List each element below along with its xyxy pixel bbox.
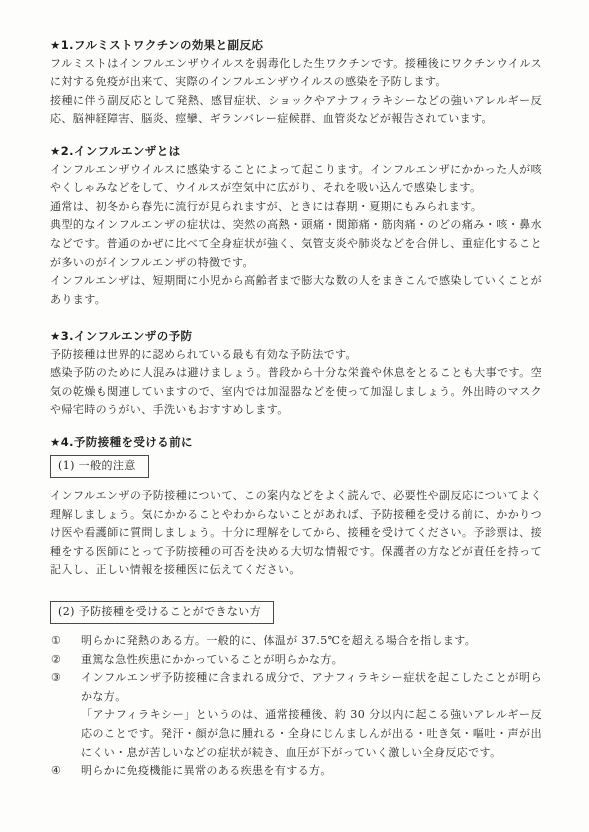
section-1-heading: ★1.フルミストワクチンの効果と副反応 [50,36,542,55]
paragraph: フルミストはインフルエンザウイルスを弱毒化した生ワクチンです。接種後にワクチンウ… [50,55,542,92]
general-notes-body: インフルエンザの予防接種について、この案内などをよく読んで、必要性や副反応につい… [50,487,542,580]
list-item: ③ インフルエンザ予防接種に含まれる成分で、アナフィラキシー症状を起こしたことが… [50,669,542,762]
box-label: (1) 一般的注意 [50,455,149,478]
boxed-subheading-cannot-vaccinate: (2) 予防接種を受けることができない方 [50,601,542,624]
section-3-heading: ★3.インフルエンザの予防 [50,327,542,346]
section-2-heading: ★2.インフルエンザとは [50,142,542,161]
list-item-note: 「アナフィラキシー」というのは、通常接種後、約 30 分以内に起こる強いアレルギ… [81,706,542,762]
contraindication-list: ① 明らかに発熱のある方。一般的に、体温が 37.5℃を超える場合を指します。 … [50,632,542,781]
list-marker: ③ [51,669,61,688]
list-item: ① 明らかに発熱のある方。一般的に、体温が 37.5℃を超える場合を指します。 [50,632,542,651]
list-marker: ① [51,632,61,651]
section-influenza-prevention: ★3.インフルエンザの予防 予防接種は世界的に認められている最も有効な予防法です… [50,327,542,420]
list-marker: ② [51,651,61,670]
list-item-text: 明らかに免疫機能に異常のある疾患を有する方。 [81,764,332,777]
paragraph: 接種に伴う副反応として発熱、感冒症状、ショックやアナフィラキシーなどの強いアレル… [50,92,542,129]
paragraph: 予防接種は世界的に認められている最も有効な予防法です。 [50,346,542,365]
list-item-text: 重篤な急性疾患にかかっていることが明らかな方。 [81,653,343,666]
boxed-subheading-general-notes: (1) 一般的注意 [50,455,542,478]
list-item-text: 明らかに発熱のある方。一般的に、体温が 37.5℃を超える場合を指します。 [81,634,476,647]
paragraph: 典型的なインフルエンザの症状は、突然の高熱・頭痛・関節痛・筋肉痛・のどの痛み・咳… [50,216,542,272]
paragraph: 感染予防のために人混みは避けましょう。普段から十分な栄養や休息をとることも大事で… [50,364,542,420]
paragraph: インフルエンザウイルスに感染することによって起こります。インフルエンザにかかった… [50,161,542,198]
document-page: ★1.フルミストワクチンの効果と副反応 フルミストはインフルエンザウイルスを弱毒… [0,0,589,832]
section-what-is-influenza: ★2.インフルエンザとは インフルエンザウイルスに感染することによって起こります… [50,142,542,309]
paragraph: 通常は、初冬から春先に流行が見られますが、ときには春期・夏期にもみられます。 [50,198,542,217]
list-item: ② 重篤な急性疾患にかかっていることが明らかな方。 [50,651,542,670]
section-4-heading: ★4.予防接種を受ける前に [50,433,542,452]
section-before-vaccination: ★4.予防接種を受ける前に [50,433,542,452]
list-item: ④ 明らかに免疫機能に異常のある疾患を有する方。 [50,762,542,781]
section-flumist-effects: ★1.フルミストワクチンの効果と副反応 フルミストはインフルエンザウイルスを弱毒… [50,36,542,129]
list-marker: ④ [51,762,61,781]
list-item-text: インフルエンザ予防接種に含まれる成分で、アナフィラキシー症状を起こしたことが明ら… [81,671,542,703]
paragraph: インフルエンザの予防接種について、この案内などをよく読んで、必要性や副反応につい… [50,487,542,580]
box-label: (2) 予防接種を受けることができない方 [50,601,274,624]
paragraph: インフルエンザは、短期間に小児から高齢者まで膨大な数の人をまきこんで感染していく… [50,272,542,309]
